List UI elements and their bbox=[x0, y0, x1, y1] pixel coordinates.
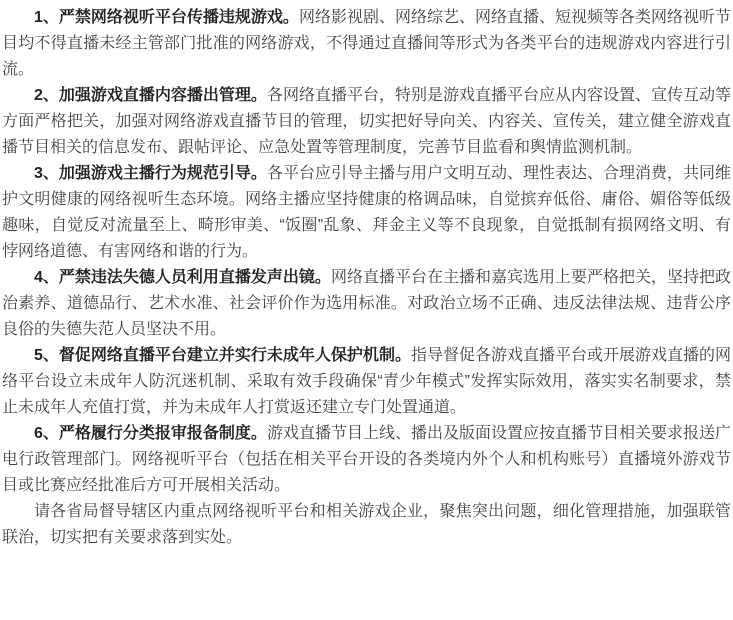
paragraph-5-lead: 5、督促网络直播平台建立并实行未成年人保护机制。 bbox=[34, 347, 411, 364]
paragraph-7: 请各省局督导辖区内重点网络视听平台和相关游戏企业，聚焦突出问题，细化管理措施，加… bbox=[2, 499, 731, 551]
paragraph-1-lead: 1、严禁网络视听平台传播违规游戏。 bbox=[34, 9, 299, 26]
paragraph-6-lead: 6、严格履行分类报审报备制度。 bbox=[34, 425, 267, 442]
paragraph-5: 5、督促网络直播平台建立并实行未成年人保护机制。指导督促各游戏直播平台或开展游戏… bbox=[2, 343, 731, 421]
paragraph-3: 3、加强游戏主播行为规范引导。各平台应引导主播与用户文明互动、理性表达、合理消费… bbox=[2, 161, 731, 265]
paragraph-1: 1、严禁网络视听平台传播违规游戏。网络影视剧、网络综艺、网络直播、短视频等各类网… bbox=[2, 5, 731, 83]
paragraph-2: 2、加强游戏直播内容播出管理。各网络直播平台，特别是游戏直播平台应从内容设置、宣… bbox=[2, 83, 731, 161]
paragraph-7-body: 请各省局督导辖区内重点网络视听平台和相关游戏企业，聚焦突出问题，细化管理措施，加… bbox=[2, 503, 731, 546]
paragraph-3-lead: 3、加强游戏主播行为规范引导。 bbox=[34, 165, 267, 182]
paragraph-4-lead: 4、严禁违法失德人员利用直播发声出镜。 bbox=[34, 269, 331, 286]
paragraph-6: 6、严格履行分类报审报备制度。游戏直播节目上线、播出及版面设置应按直播节目相关要… bbox=[2, 421, 731, 499]
paragraph-2-lead: 2、加强游戏直播内容播出管理。 bbox=[34, 87, 267, 104]
paragraph-4: 4、严禁违法失德人员利用直播发声出镜。网络直播平台在主播和嘉宾选用上要严格把关，… bbox=[2, 265, 731, 343]
document-body: 1、严禁网络视听平台传播违规游戏。网络影视剧、网络综艺、网络直播、短视频等各类网… bbox=[0, 0, 733, 551]
